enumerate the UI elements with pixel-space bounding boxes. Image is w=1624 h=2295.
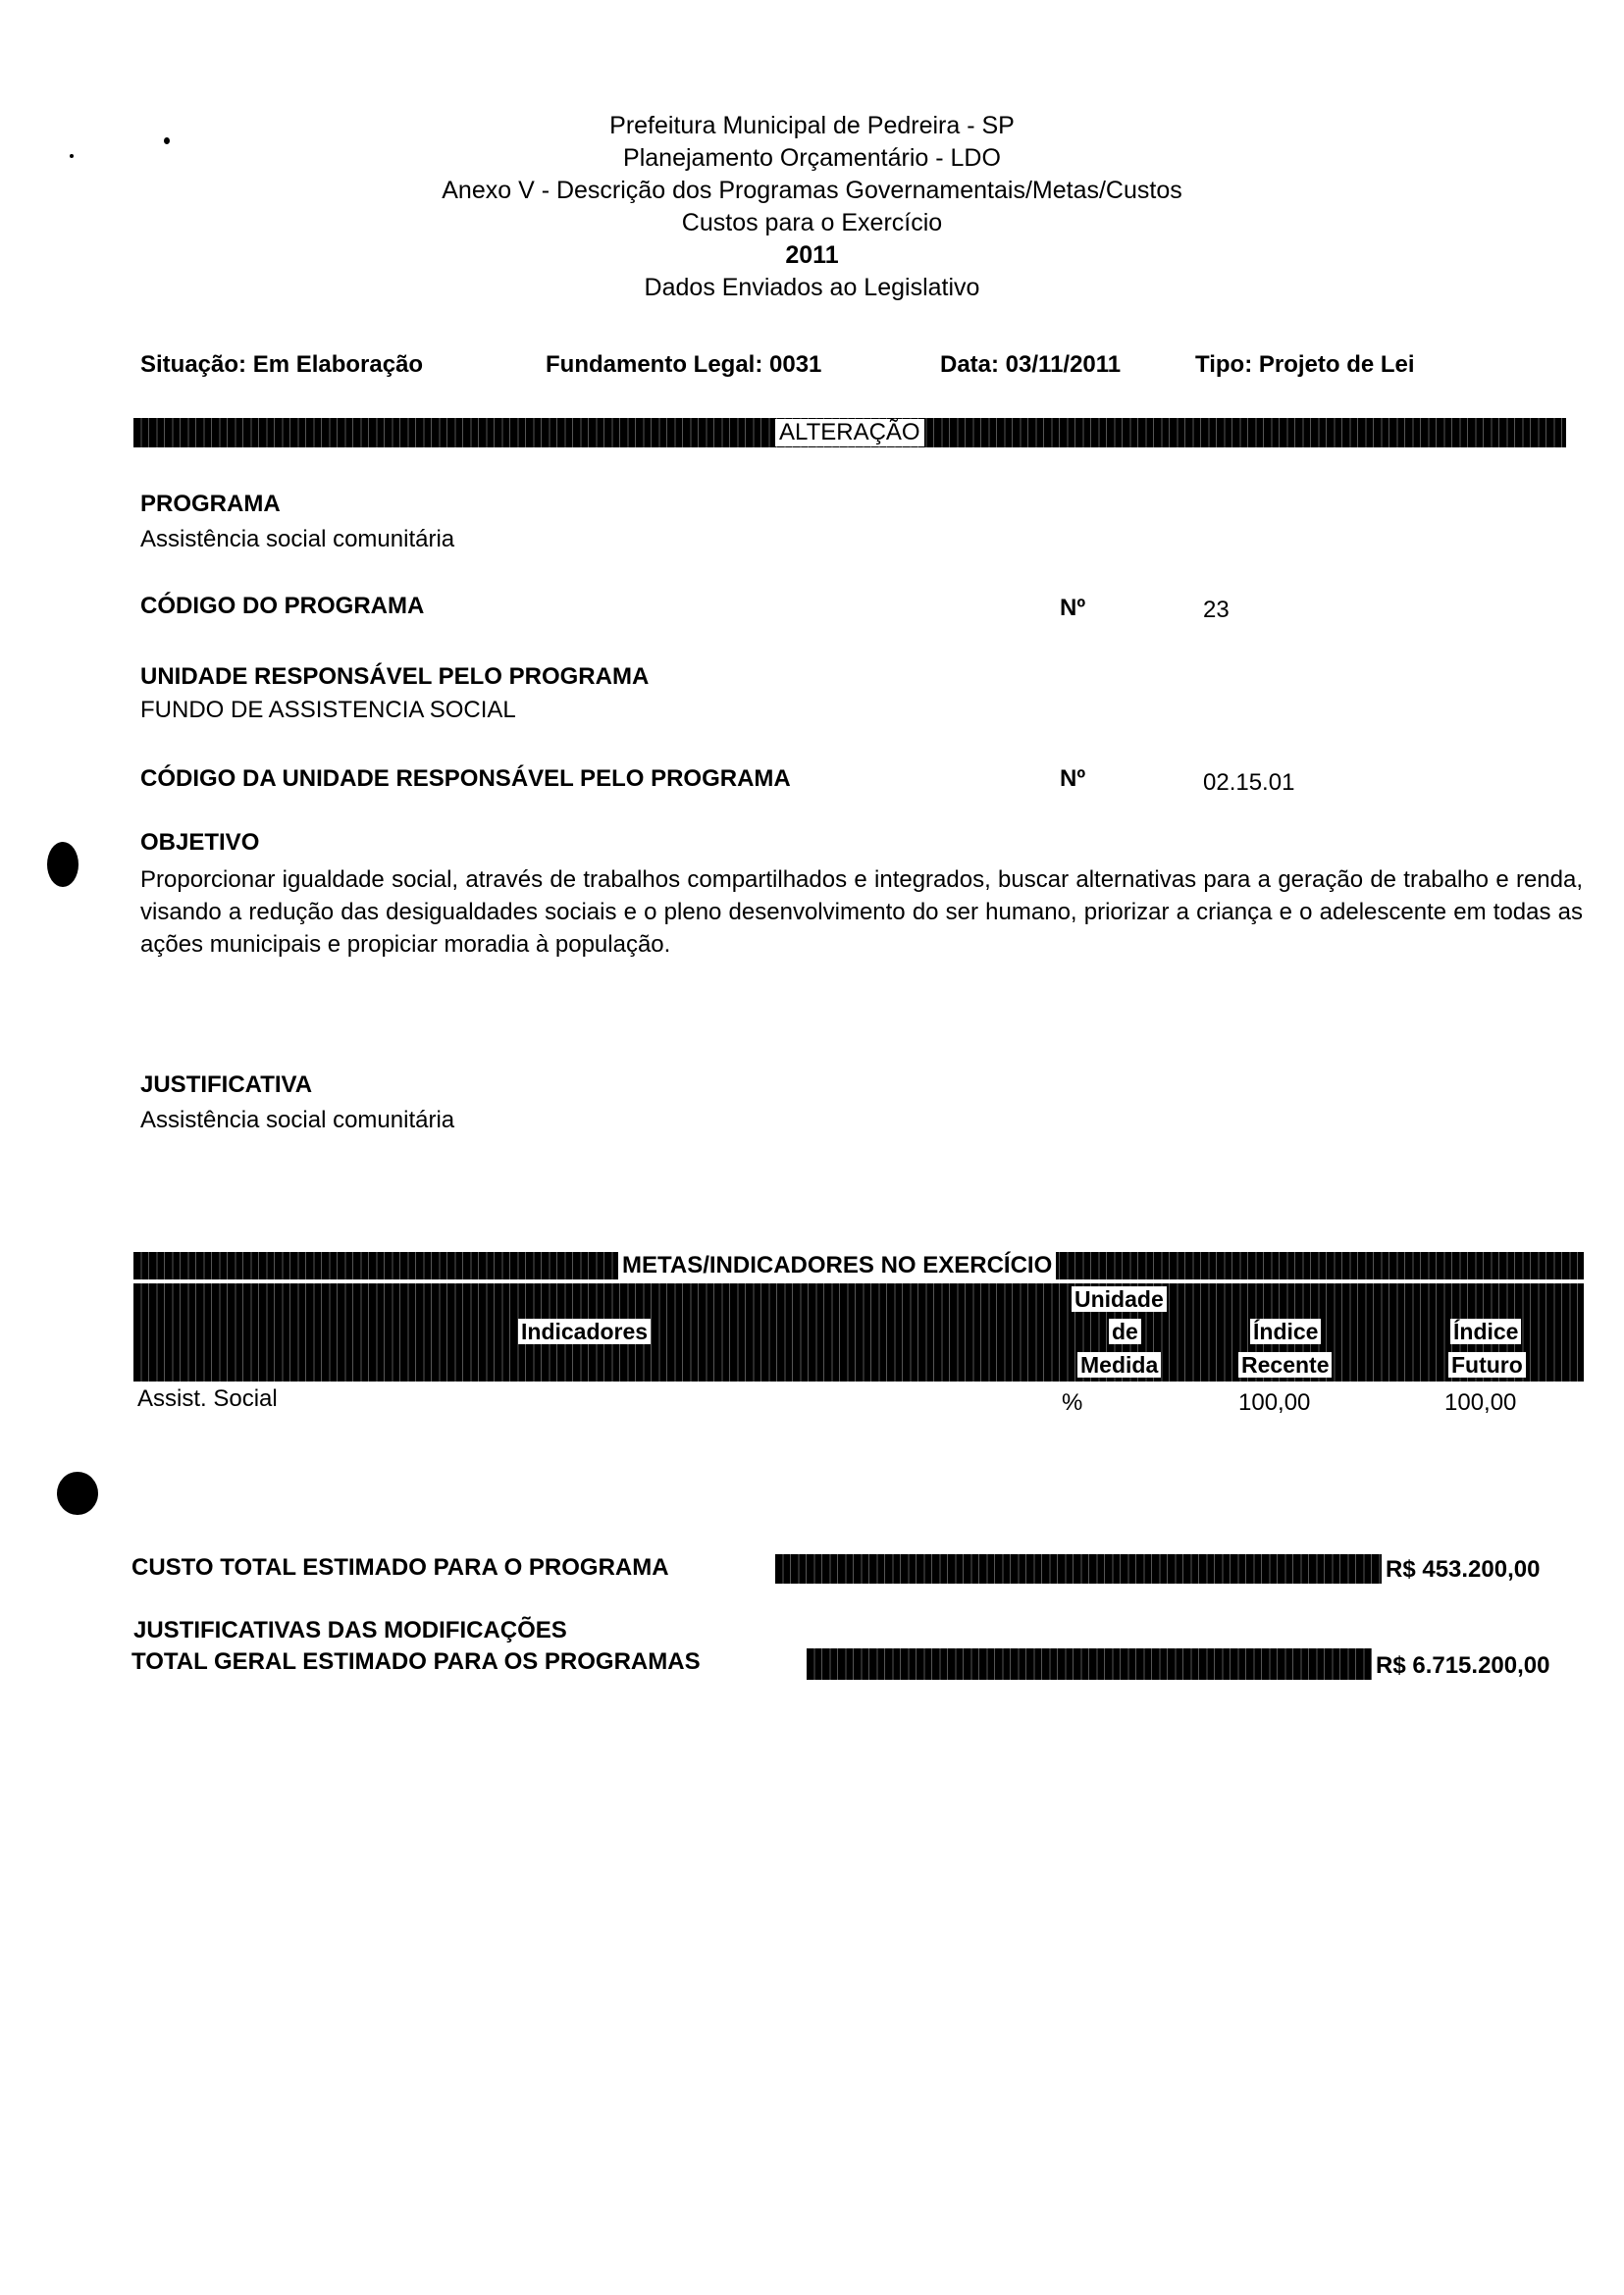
unidade-value: FUNDO DE ASSISTENCIA SOCIAL [140,697,516,724]
custo-total-value: R$ 453.200,00 [1386,1556,1540,1584]
header-sent: Dados Enviados ao Legislativo [0,272,1624,304]
codigo-unidade-no: Nº [1060,765,1085,793]
metas-title: METAS/INDICADORES NO EXERCÍCIO [618,1252,1056,1279]
row-indicador: Assist. Social [137,1385,278,1413]
programa-label: PROGRAMA [140,491,281,518]
alteracao-label: ALTERAÇÃO [775,419,924,446]
col-recente-1: Índice [1250,1319,1321,1344]
justificativa-value: Assistência social comunitária [140,1107,454,1134]
scan-speck [70,154,74,158]
status-tipo: Tipo: Projeto de Lei [1195,351,1415,379]
col-unidade-1: Unidade [1072,1286,1167,1312]
col-unidade-3: Medida [1077,1352,1161,1378]
total-geral-label: TOTAL GERAL ESTIMADO PARA OS PROGRAMAS [131,1648,701,1676]
row-unidade: % [1062,1389,1082,1417]
col-unidade-2: de [1109,1319,1141,1344]
codigo-programa-no: Nº [1060,595,1085,622]
codigo-unidade-value: 02.15.01 [1203,769,1294,797]
metas-title-band: METAS/INDICADORES NO EXERCÍCIO [133,1252,1584,1279]
objetivo-text: Proporcionar igualdade social, através d… [140,863,1583,961]
header-year: 2011 [0,239,1624,272]
col-futuro-1: Índice [1450,1319,1521,1344]
alteracao-band: ALTERAÇÃO [133,418,1566,447]
unidade-label: UNIDADE RESPONSÁVEL PELO PROGRAMA [140,663,649,691]
document-header: Prefeitura Municipal de Pedreira - SP Pl… [0,110,1624,304]
codigo-programa-label: CÓDIGO DO PROGRAMA [140,593,424,620]
row-indice-futuro: 100,00 [1444,1389,1516,1417]
status-fundamento: Fundamento Legal: 0031 [546,351,821,379]
col-indicadores: Indicadores [518,1319,651,1344]
hole-punch [57,1472,98,1515]
codigo-unidade-label: CÓDIGO DA UNIDADE RESPONSÁVEL PELO PROGR… [140,765,791,793]
header-planning: Planejamento Orçamentário - LDO [0,142,1624,175]
row-indice-recente: 100,00 [1238,1389,1310,1417]
programa-value: Assistência social comunitária [140,526,454,553]
scan-speck [164,137,170,144]
header-annex: Anexo V - Descrição dos Programas Govern… [0,175,1624,207]
total-geral-band [807,1648,1372,1680]
justificativas-modificacoes-label: JUSTIFICATIVAS DAS MODIFICAÇÕES [133,1617,567,1644]
custo-total-label: CUSTO TOTAL ESTIMADO PARA O PROGRAMA [131,1554,669,1582]
col-recente-2: Recente [1238,1352,1332,1378]
total-geral-value: R$ 6.715.200,00 [1376,1652,1549,1680]
hole-punch [47,842,79,887]
objetivo-label: OBJETIVO [140,829,259,857]
col-futuro-2: Futuro [1448,1352,1526,1378]
metas-columns-band: Indicadores Unidade de Medida Índice Rec… [133,1283,1584,1382]
header-municipality: Prefeitura Municipal de Pedreira - SP [0,110,1624,142]
justificativa-label: JUSTIFICATIVA [140,1071,312,1099]
status-situacao: Situação: Em Elaboração [140,351,423,379]
header-costs: Custos para o Exercício [0,207,1624,239]
codigo-programa-value: 23 [1203,597,1230,624]
status-data: Data: 03/11/2011 [940,351,1121,379]
custo-total-band [775,1554,1382,1584]
